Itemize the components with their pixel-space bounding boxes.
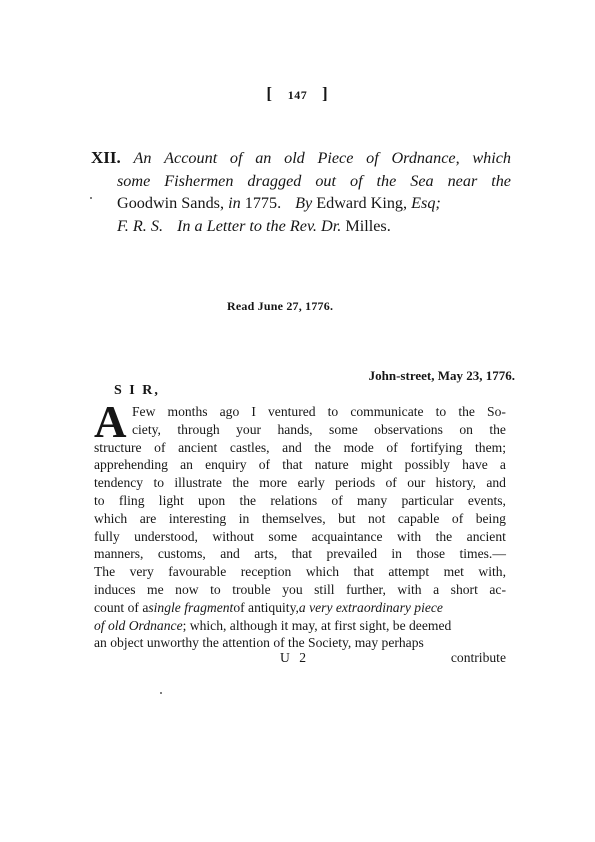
body-word: fully [94, 528, 120, 546]
body-word: the [489, 421, 506, 439]
body-word: customs, [158, 545, 206, 563]
body-word: relations [270, 492, 317, 510]
body-word: the [314, 439, 331, 457]
title-line-3: Goodwin Sands, in 1775.By Edward King, E… [91, 192, 511, 215]
body-word: to [436, 403, 447, 421]
letter-recipient-prefix: In a Letter to the Rev. Dr. [177, 215, 341, 238]
body-word: that [282, 456, 302, 474]
title-word: in [228, 192, 241, 215]
article-numeral: XII. [91, 147, 121, 170]
body-word: me [147, 581, 164, 599]
body-word: and [220, 545, 240, 563]
body-word: with [397, 528, 421, 546]
body-word: castles, [230, 439, 270, 457]
body-word: the [239, 492, 256, 510]
read-date: Read June 27, 1776. [227, 299, 333, 314]
body-word: being [476, 510, 506, 528]
body-word: now [175, 581, 198, 599]
title-word: Piece [317, 147, 353, 170]
emphasis-text: a very extraordinary piece [299, 599, 443, 617]
page-number: 147 [288, 88, 308, 102]
body-text-run: count of a [94, 599, 148, 617]
body-word: of [331, 492, 342, 510]
title-word: near [448, 170, 478, 193]
body-word: ancient [178, 439, 217, 457]
body-word: with, [478, 563, 506, 581]
body-text: A FewmonthsagoIventuredtocommunicatetoth… [94, 403, 506, 652]
body-word: a [500, 456, 506, 474]
body-word: attempt [388, 563, 429, 581]
body-word: manners, [94, 545, 143, 563]
body-word: communicate [350, 403, 423, 421]
body-word: them; [475, 439, 506, 457]
body-word: early [298, 474, 325, 492]
body-word: some [268, 528, 297, 546]
title-word: An [133, 147, 151, 170]
body-word: the [458, 403, 475, 421]
body-word: history, [436, 474, 476, 492]
body-word: times.— [459, 545, 505, 563]
body-text-run: of antiquity, [233, 599, 299, 617]
body-word: periods [335, 474, 375, 492]
body-word: ciety, [132, 421, 161, 439]
body-word: short [451, 581, 478, 599]
body-word: in [391, 545, 402, 563]
body-word: hands, [277, 421, 312, 439]
body-word: that [354, 563, 374, 581]
title-word: the [377, 170, 397, 193]
body-word: with [397, 581, 421, 599]
body-word: arts, [254, 545, 277, 563]
body-word: very [130, 563, 154, 581]
body-word: I [251, 403, 256, 421]
signature-mark: U 2 [280, 650, 309, 666]
body-word: your [236, 421, 261, 439]
body-word: ancient [467, 528, 506, 546]
title-word: some [117, 170, 150, 193]
body-word: observations [374, 421, 443, 439]
body-word: mode [344, 439, 374, 457]
body-word: acquaintance [312, 528, 383, 546]
body-line: Theveryfavourablereceptionwhichthatattem… [94, 563, 506, 581]
body-word: to [153, 474, 164, 492]
title-word: By [295, 192, 312, 215]
body-word: without [212, 528, 254, 546]
body-word: ac- [489, 581, 506, 599]
body-line: manners,customs,andarts,thatprevailedint… [94, 545, 506, 563]
print-speck [160, 692, 162, 694]
body-word: induces [94, 581, 136, 599]
body-line: fullyunderstood,withoutsomeacquaintancew… [94, 528, 506, 546]
emphasis-text: single fragment [148, 599, 233, 617]
body-line: whichareinterestinginthemselves,butnotca… [94, 510, 506, 528]
body-word: through [177, 421, 219, 439]
body-word: to [328, 403, 339, 421]
drop-cap: A [94, 404, 127, 440]
body-word: of [452, 510, 463, 528]
body-word: enquiry [205, 456, 247, 474]
page-number-header: [ 147 ] [0, 84, 595, 104]
title-line-4: F. R. S.In a Letter to the Rev. Dr. Mill… [91, 215, 511, 238]
body-word: understood, [134, 528, 198, 546]
body-word: interesting [169, 510, 226, 528]
author-name: Edward King, [316, 192, 407, 215]
print-speck [90, 197, 92, 199]
body-word: light [159, 492, 184, 510]
title-word: the [491, 170, 511, 193]
title-line-1: XII. An Account of an old Piece of Ordna… [91, 147, 511, 170]
body-word: met [444, 563, 464, 581]
body-word: not [368, 510, 385, 528]
body-word: Few [132, 403, 155, 421]
title-year: 1775. [245, 192, 281, 215]
body-word: have [462, 456, 488, 474]
title-word: Fishermen [164, 170, 233, 193]
bracket-open: [ [266, 84, 273, 103]
body-word: you [282, 581, 302, 599]
body-word: more [259, 474, 287, 492]
body-word: in [239, 510, 250, 528]
body-line: inducesmenowtotroubleyoustillfurther,wit… [94, 581, 506, 599]
body-word: upon [198, 492, 225, 510]
body-word: themselves, [262, 510, 326, 528]
title-word: Ordnance, [391, 147, 459, 170]
body-word: but [338, 510, 355, 528]
author-title: Esq; [411, 192, 441, 215]
title-word: which [472, 147, 511, 170]
title-word: Sea [410, 170, 433, 193]
body-word: a [433, 581, 439, 599]
body-line: count of a single fragment of antiquity,… [94, 599, 506, 617]
body-word: months [168, 403, 208, 421]
body-word: of [154, 439, 165, 457]
title-word: Account [164, 147, 217, 170]
author-credentials: F. R. S. [117, 215, 163, 238]
body-word: particular [401, 492, 453, 510]
body-word: ventured [268, 403, 316, 421]
title-word: an [255, 147, 271, 170]
body-word: reception [241, 563, 292, 581]
title-word: of [350, 170, 363, 193]
body-word: our [407, 474, 425, 492]
body-word: fortifying [410, 439, 462, 457]
body-word: nature [315, 456, 349, 474]
title-word: dragged [247, 170, 301, 193]
body-line: structureofancientcastles,andthemodeoffo… [94, 439, 506, 457]
body-word: apprehending [94, 456, 168, 474]
body-word: further, [346, 581, 386, 599]
letter-recipient-name: Milles. [345, 215, 390, 238]
emphasis-text: of old Ordnance [94, 617, 183, 635]
body-word: some [329, 421, 358, 439]
body-line: of old Ordnance; which, although it may,… [94, 617, 506, 635]
body-word: to [94, 492, 105, 510]
body-word: of [259, 456, 270, 474]
body-word: prevailed [326, 545, 377, 563]
body-word: the [232, 474, 249, 492]
body-line: FewmonthsagoIventuredtocommunicatetotheS… [94, 403, 506, 421]
body-word: fling [119, 492, 145, 510]
title-word: out [315, 170, 336, 193]
body-line: tendencytoillustratethemoreearlyperiodso… [94, 474, 506, 492]
body-word: and [282, 439, 302, 457]
body-word: many [357, 492, 387, 510]
body-word: and [486, 474, 506, 492]
body-word: illustrate [174, 474, 222, 492]
body-word: that [292, 545, 312, 563]
body-word: tendency [94, 474, 143, 492]
body-word: So- [487, 403, 506, 421]
article-title: XII. An Account of an old Piece of Ordna… [91, 147, 511, 237]
body-line: apprehendinganenquiryofthatnaturemightpo… [94, 456, 506, 474]
body-line: toflinglightupontherelationsofmanypartic… [94, 492, 506, 510]
body-word: of [386, 439, 397, 457]
body-word: The [94, 563, 115, 581]
body-word: might [361, 456, 393, 474]
body-word: an [180, 456, 193, 474]
catchword: contribute [451, 650, 506, 666]
body-text-run: ; which, although it may, at first sight… [183, 617, 452, 635]
body-word: of [386, 474, 397, 492]
title-word: of [366, 147, 379, 170]
body-word: on [459, 421, 473, 439]
title-word: old [284, 147, 305, 170]
body-word: capable [398, 510, 440, 528]
body-word: those [416, 545, 445, 563]
title-word: of [230, 147, 243, 170]
body-word: to [210, 581, 221, 599]
body-word: are [140, 510, 157, 528]
title-line-2: some Fishermen dragged out of the Sea ne… [91, 170, 511, 193]
body-word: possibly [405, 456, 450, 474]
letter-dateline: John-street, May 23, 1776. [369, 368, 515, 384]
body-line: ciety,throughyourhands,someobservationso… [94, 421, 506, 439]
body-word: events, [468, 492, 506, 510]
body-word: trouble [232, 581, 271, 599]
body-word: favourable [168, 563, 226, 581]
body-word: which [94, 510, 127, 528]
body-word: the [436, 528, 453, 546]
bracket-close: ] [322, 84, 329, 103]
body-word: ago [220, 403, 240, 421]
body-word: which [306, 563, 339, 581]
title-place: Goodwin Sands, [117, 192, 224, 215]
body-word: still [314, 581, 334, 599]
page-footer: U 2 contribute [94, 650, 506, 668]
